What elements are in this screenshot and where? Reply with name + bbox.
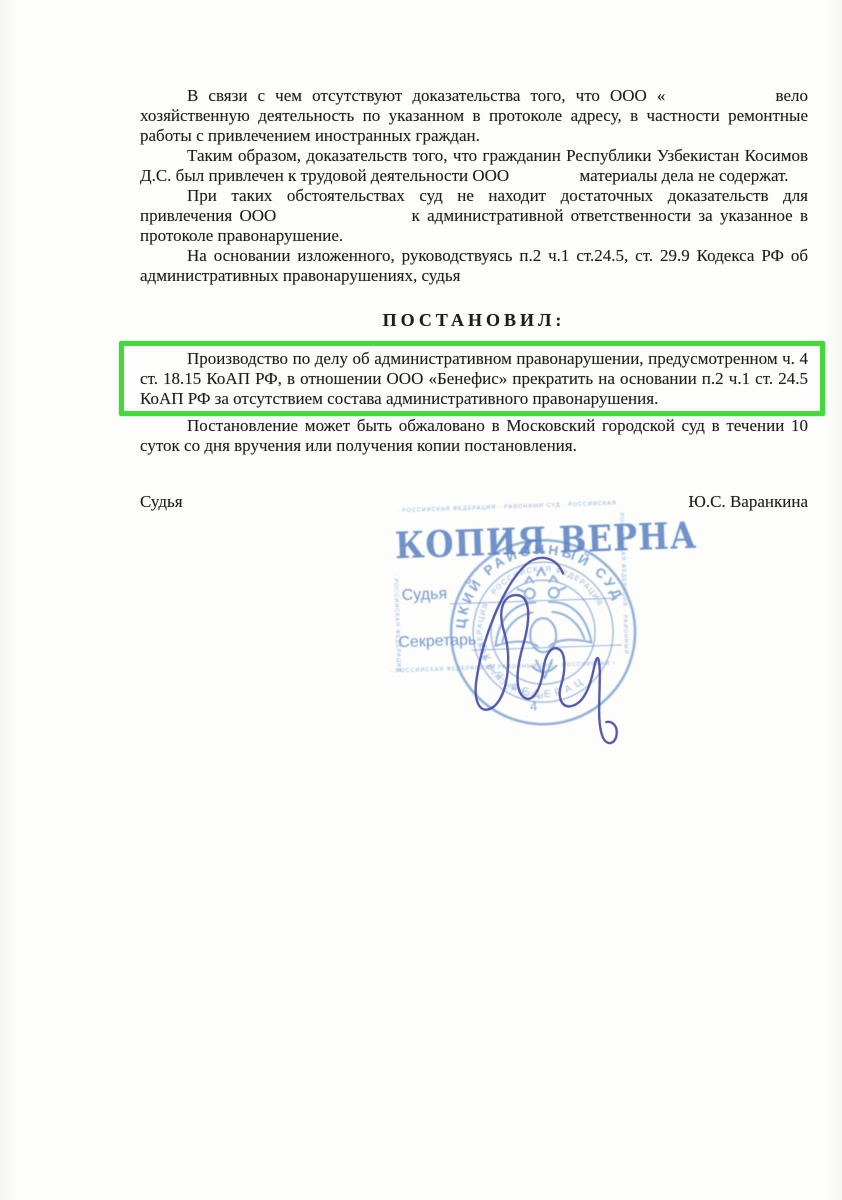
seal-outer-bottom-text: СКАЯ ФЕДЕРАЦ [476,639,589,703]
double-headed-eagle-icon [493,567,593,680]
copy-certification-stamp: · РОССИЙСКАЯ ФЕДЕРАЦИЯ · РАЙОННЫЙ СУД · … [380,492,659,767]
svg-text:СКАЯ ФЕДЕРАЦ: СКАЯ ФЕДЕРАЦ [476,639,589,703]
appeal-paragraph: Постановление может быть обжаловано в Мо… [140,416,808,456]
paragraph: Таким образом, доказательств того, что г… [140,146,808,186]
signature [380,492,659,767]
seal-inner-ring-text: РОССИЙСКАЯ ФЕДЕРАЦИЯ · РОССИЙСКАЯ ФЕДЕРА… [473,562,611,703]
paragraph: На основании изложенного, руководствуясь… [140,246,808,286]
highlight-box: Производство по делу об административном… [119,341,825,416]
resolution-heading: ПОСТАНОВИЛ: [140,310,808,330]
seal-outer-ring [448,537,638,727]
paragraph: В связи с чем отсутствуют доказательства… [140,86,808,146]
seal-inner-ring [489,578,597,686]
redacted-gap [509,180,575,181]
svg-text:ЦКИЙ РАЙОННЫЙ СУД: ЦКИЙ РАЙОННЫЙ СУД [450,539,627,630]
stamp-secretary-label: Секретарь [398,632,477,653]
seal-outer-top-text: ЦКИЙ РАЙОННЫЙ СУД [450,539,627,630]
redacted-gap [276,220,404,221]
seal-middle-ring [471,560,616,705]
resolution-paragraph: Производство по делу об административном… [140,349,808,409]
stamp-title: КОПИЯ ВЕРНА [394,515,697,568]
stamp-judge-label: Судья [401,586,447,606]
seal-number: 4 [530,698,538,713]
stamp-border-microtext: · РОССИЙСКАЯ ФЕДЕРАЦИЯ · РАЙОННЫЙ СУД · … [390,661,614,677]
stamp-border-microtext: · РОССИЙСКАЯ ФЕДЕРАЦИЯ · РАЙОННЫЙ СУД · … [615,507,629,657]
svg-text:РОССИЙСКАЯ ФЕДЕРАЦИЯ · РОССИЙС: РОССИЙСКАЯ ФЕДЕРАЦИЯ · РОССИЙСКАЯ ФЕДЕРА… [473,562,611,703]
judge-role-label: Судья [140,492,183,512]
scanned-court-document-page: В связи с чем отсутствуют доказательства… [0,0,842,1200]
signature-row: Судья Ю.С. Варанкина [140,492,808,512]
stamp-secretary-fill-line [472,644,622,650]
judge-name: Ю.С. Варанкина [688,492,808,512]
court-seal: ЦКИЙ РАЙОННЫЙ СУД СКАЯ ФЕДЕРАЦ РОССИЙСКА… [440,529,647,736]
stamp-border-microtext: · РОССИЙСКАЯ ФЕДЕРАЦИЯ · РАЙОННЫЙ СУД · … [389,573,402,677]
redacted-gap [665,100,765,101]
paragraph: При таких обстоятельствах суд не находит… [140,186,808,246]
stamp-judge-fill-line [450,598,618,605]
body-paragraphs: В связи с чем отсутствуют доказательства… [140,86,808,286]
document-text-column: В связи с чем отсутствуют доказательства… [140,86,808,512]
